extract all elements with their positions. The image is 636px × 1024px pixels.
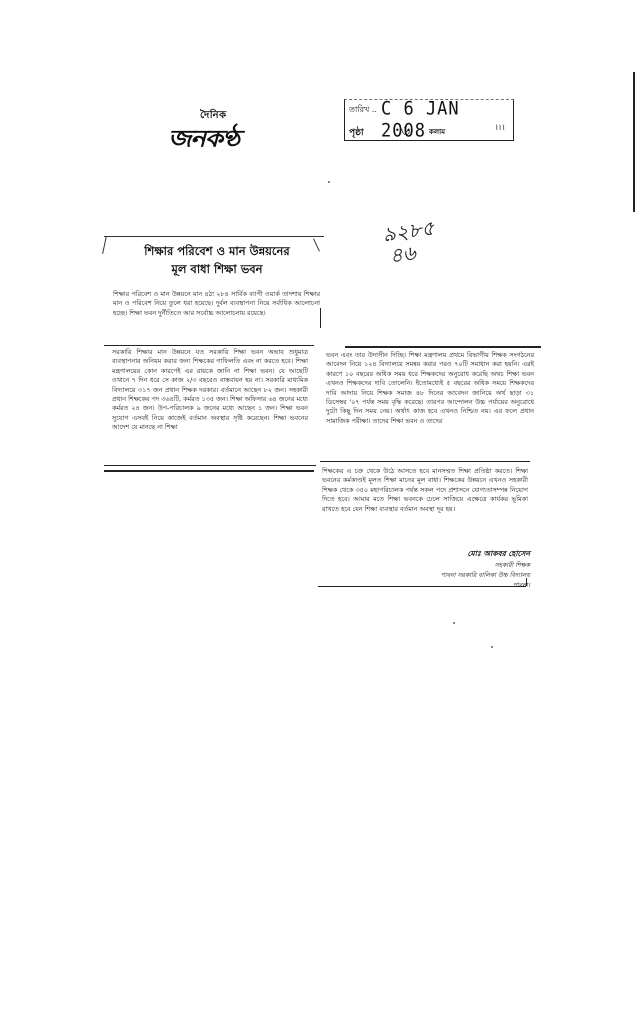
signature-name: মোঃ আকবর হোসেন [390,549,530,561]
handwritten-line-2: ৪৬ [388,238,439,266]
article-lead: শিক্ষার পরিবেশ ও মান উন্নয়নে মান ৪ঠা ২৮… [113,290,320,318]
scan-edge-bar [633,72,635,212]
scan-speck [491,646,493,648]
column-a-bottom-rule-2 [104,470,314,472]
page-mark: ৬ [401,119,410,143]
column-b-bottom-rule [320,461,530,462]
stamp-scribble: ⌇⌇⌇ [495,124,505,132]
signature-block: মোঃ আকবর হোসেন সহকারী শিক্ষক পাবনা সরকার… [390,549,530,591]
headline-line-2: মূল বাধা শিক্ষা ভবন [110,260,324,278]
column-a-bottom-rule-1 [104,465,316,466]
article-column-b: ভবন এবং তার উদাসীন দিচ্ছি। শিক্ষা মন্ত্র… [326,351,534,426]
scan-speck [453,622,455,624]
page-label: পৃষ্ঠা [349,125,364,140]
column-b-top-rule [345,346,541,348]
headline-line-1: শিক্ষার পরিবেশ ও মান উন্নয়নের [110,242,324,260]
scan-speck [328,181,330,183]
date-label: তারিখ .. [349,104,377,117]
masthead-logo: জনকণ্ঠ [168,120,239,160]
article-column-a: সরকারি শিক্ষার মান উন্নয়নে যত সরকারি শি… [112,348,308,433]
signature-institution: পাবনা সরকারি বালিকা উচ্চ বিদ্যালয় [390,571,530,581]
handwritten-note: ৯২৮৫ ৪৬ [381,217,439,268]
article-bottom-corner [526,578,527,586]
signature-title: সহকারী শিক্ষক [390,561,530,571]
article-column-c: শিক্ষকের এ চক্র থেকে উঠে আসতে হবে মানসম্… [322,467,528,514]
article-headline: শিক্ষার পরিবেশ ও মান উন্নয়নের মূল বাধা … [110,242,324,278]
date-stamp: তারিখ .. C 6 JAN 2008 পৃষ্ঠা ৬ কলাম ⌇⌇⌇ [344,99,514,141]
article-bottom-rule [318,586,526,587]
lead-side-rule [320,308,321,328]
column-a-top-rule [104,345,314,346]
column-label: কলাম [429,126,445,138]
